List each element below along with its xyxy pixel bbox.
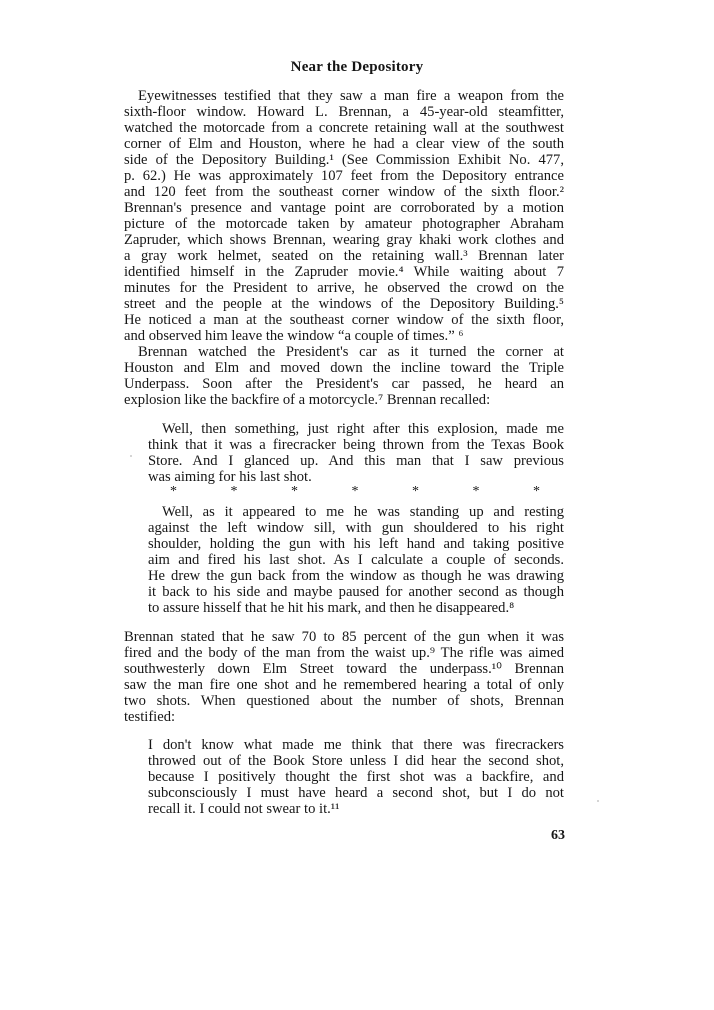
asterisk: *	[473, 484, 480, 500]
text-line: side of the Depository Building.¹ (See C…	[124, 152, 564, 168]
text-line: Eyewitnesses testified that they saw a m…	[124, 88, 564, 104]
text-line: sixth-floor window. Howard L. Brennan, a…	[124, 104, 564, 120]
text-line: southwesterly down Elm Street toward the…	[124, 661, 564, 677]
asterisk: *	[170, 484, 177, 500]
text-line: He noticed a man at the southeast corner…	[124, 312, 564, 328]
text-line: Brennan stated that he saw 70 to 85 perc…	[124, 629, 564, 645]
text-line: Brennan watched the President's car as i…	[124, 344, 564, 360]
page-number: 63	[535, 828, 565, 844]
text-line: minutes for the President to arrive, he …	[124, 280, 564, 296]
page-title: Near the Depository	[0, 59, 714, 76]
asterisk: *	[412, 484, 419, 500]
text-line: testified:	[124, 709, 564, 725]
text-line: p. 62.) He was approximately 107 feet fr…	[124, 168, 564, 184]
text-line: and observed him leave the window “a cou…	[124, 328, 564, 344]
text-line: saw the man fire one shot and he remembe…	[124, 677, 564, 693]
text-line: fired and the body of the man from the w…	[124, 645, 564, 661]
quote-line: throwed out of the Book Store unless I d…	[148, 753, 564, 769]
scan-speck	[130, 455, 132, 457]
text-line: picture of the motorcade taken by amateu…	[124, 216, 564, 232]
asterisk: *	[352, 484, 359, 500]
asterisk: *	[533, 484, 540, 500]
quote-line: subconsciously I must have heard a secon…	[148, 785, 564, 801]
text-line: a gray work helmet, seated on the retain…	[124, 248, 564, 264]
omission-asterisks: * * * * * * *	[170, 484, 540, 500]
text-line: Underpass. Soon after the President's ca…	[124, 376, 564, 392]
document-page: Near the Depository Eyewitnesses testifi…	[0, 0, 714, 1010]
asterisk: *	[291, 484, 298, 500]
text-line: identified himself in the Zapruder movie…	[124, 264, 564, 280]
quote-line: Store. And I glanced up. And this man th…	[148, 453, 564, 469]
quote-line: against the left window sill, with gun s…	[148, 520, 564, 536]
quote-line: shoulder, holding the gun with his left …	[148, 536, 564, 552]
quote-line: recall it. I could not swear to it.¹¹	[148, 801, 564, 817]
text-line: two shots. When questioned about the num…	[124, 693, 564, 709]
text-line: Houston and Elm and moved down the incli…	[124, 360, 564, 376]
text-line: Zapruder, which shows Brennan, wearing g…	[124, 232, 564, 248]
quote-line: He drew the gun back from the window as …	[148, 568, 564, 584]
text-line: street and the people at the windows of …	[124, 296, 564, 312]
quote-line: Well, then something, just right after t…	[148, 421, 564, 437]
text-line: explosion like the backfire of a motorcy…	[124, 392, 564, 408]
scan-speck	[597, 800, 599, 802]
text-line: and 120 feet from the southeast corner w…	[124, 184, 564, 200]
asterisk: *	[231, 484, 238, 500]
quote-line: it back to his side and maybe paused for…	[148, 584, 564, 600]
quote-line: because I positively thought the first s…	[148, 769, 564, 785]
quote-line: Well, as it appeared to me he was standi…	[148, 504, 564, 520]
quote-line: I don't know what made me think that the…	[148, 737, 564, 753]
text-line: Brennan's presence and vantage point are…	[124, 200, 564, 216]
text-line: corner of Elm and Houston, where he had …	[124, 136, 564, 152]
quote-line: was aiming for his last shot.	[148, 469, 564, 485]
text-line: watched the motorcade from a concrete re…	[124, 120, 564, 136]
quote-line: aim and fired his last shot. As I calcul…	[148, 552, 564, 568]
quote-line: to assure hisself that he hit his mark, …	[148, 600, 564, 616]
quote-line: think that it was a firecracker being th…	[148, 437, 564, 453]
